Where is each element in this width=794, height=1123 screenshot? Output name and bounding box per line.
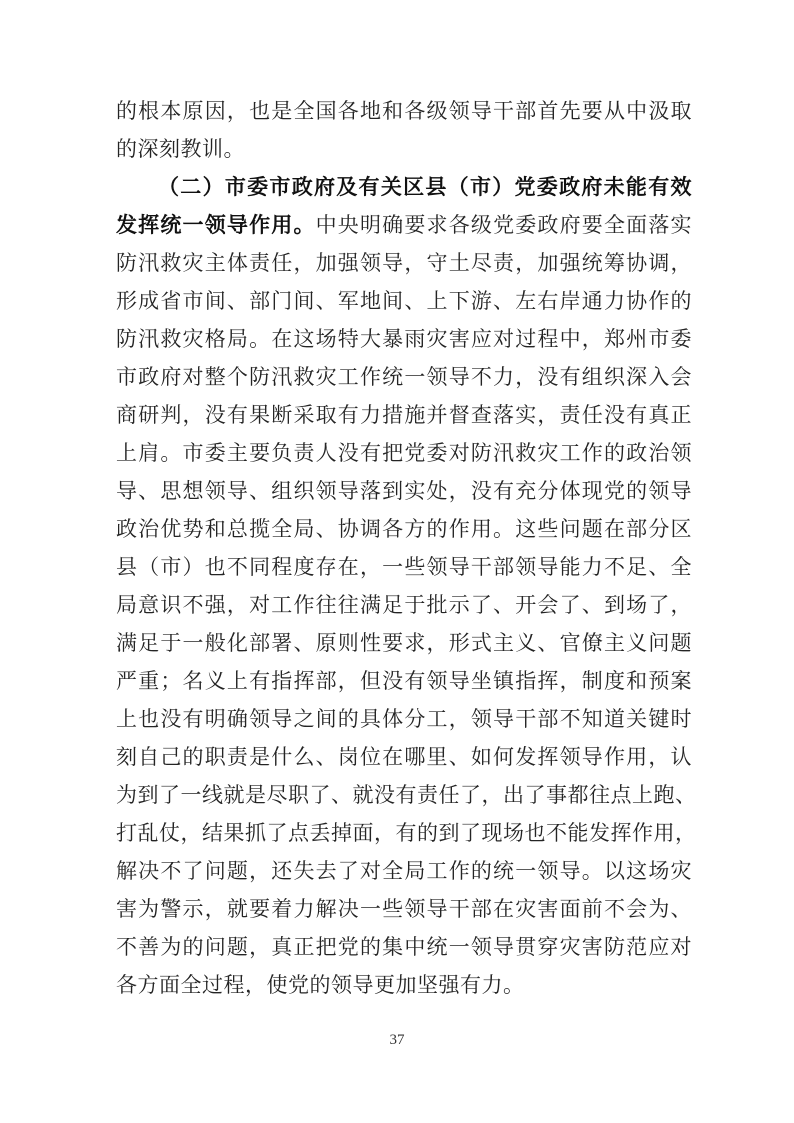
- text-run: 商研判，没有果断采取有力措施并督查落实，责任没有真正: [116, 403, 692, 427]
- text-run: 打乱仗，结果抓了点丢掉面，有的到了现场也不能发挥作用，: [116, 821, 697, 845]
- text-line: 刻自己的职责是什么、岗位在哪里、如何发挥领导作用，认: [116, 738, 692, 776]
- text-run: 防汛救灾主体责任，加强领导，守土尽责，加强统筹协调，: [116, 251, 692, 275]
- text-line: 害为警示，就要着力解决一些领导干部在灾害面前不会为、: [116, 890, 692, 928]
- text-run: 市政府对整个防汛救灾工作统一领导不力，没有组织深入会: [116, 365, 692, 389]
- text-line: 的根本原因，也是全国各地和各级领导干部首先要从中汲取: [116, 92, 692, 130]
- text-line: 严重；名义上有指挥部，但没有领导坐镇指挥，制度和预案: [116, 662, 692, 700]
- text-line: 市政府对整个防汛救灾工作统一领导不力，没有组织深入会: [116, 358, 692, 396]
- text-run: 县（市）也不同程度存在，一些领导干部领导能力不足、全: [116, 555, 692, 579]
- text-line: 政治优势和总揽全局、协调各方的作用。这些问题在部分区: [116, 510, 692, 548]
- text-run: 局意识不强，对工作往往满足于批示了、开会了、到场了，: [116, 593, 692, 617]
- text-line: 解决不了问题，还失去了对全局工作的统一领导。以这场灾: [116, 852, 692, 890]
- page-number: 37: [0, 1032, 794, 1049]
- text-run: 各方面全过程，使党的领导更加坚强有力。: [116, 973, 525, 997]
- text-line: （二）市委市政府及有关区县（市）党委政府未能有效: [116, 168, 692, 206]
- text-run: 严重；名义上有指挥部，但没有领导坐镇指挥，制度和预案: [116, 669, 692, 693]
- text-run: 政治优势和总揽全局、协调各方的作用。这些问题在部分区: [116, 517, 692, 541]
- text-line: 县（市）也不同程度存在，一些领导干部领导能力不足、全: [116, 548, 692, 586]
- text-line: 满足于一般化部署、原则性要求，形式主义、官僚主义问题: [116, 624, 692, 662]
- text-run: 为到了一线就是尽职了、就没有责任了，出了事都往点上跑、: [116, 783, 697, 807]
- text-line: 的深刻教训。: [116, 130, 692, 168]
- text-run: 导、思想领导、组织领导落到实处，没有充分体现党的领导: [116, 479, 692, 503]
- text-run: 刻自己的职责是什么、岗位在哪里、如何发挥领导作用，认: [116, 745, 692, 769]
- text-run: 形成省市间、部门间、军地间、上下游、左右岸通力协作的: [116, 289, 692, 313]
- text-line: 打乱仗，结果抓了点丢掉面，有的到了现场也不能发挥作用，: [116, 814, 692, 852]
- document-page: 的根本原因，也是全国各地和各级领导干部首先要从中汲取的深刻教训。（二）市委市政府…: [0, 0, 794, 1123]
- bold-text-run: 发挥统一领导作用。: [116, 213, 316, 237]
- text-run: 不善为的问题，真正把党的集中统一领导贯穿灾害防范应对: [116, 935, 692, 959]
- text-run: 中央明确要求各级党委政府要全面落实: [316, 213, 692, 237]
- text-line: 发挥统一领导作用。中央明确要求各级党委政府要全面落实: [116, 206, 692, 244]
- text-run: 害为警示，就要着力解决一些领导干部在灾害面前不会为、: [116, 897, 692, 921]
- text-run: 上也没有明确领导之间的具体分工，领导干部不知道关键时: [116, 707, 692, 731]
- text-line: 上肩。市委主要负责人没有把党委对防汛救灾工作的政治领: [116, 434, 692, 472]
- bold-text-run: （二）市委市政府及有关区县（市）党委政府未能有效: [158, 175, 692, 199]
- text-line: 防汛救灾主体责任，加强领导，守土尽责，加强统筹协调，: [116, 244, 692, 282]
- text-run: 的根本原因，也是全国各地和各级领导干部首先要从中汲取: [116, 99, 692, 123]
- text-line: 局意识不强，对工作往往满足于批示了、开会了、到场了，: [116, 586, 692, 624]
- text-line: 形成省市间、部门间、军地间、上下游、左右岸通力协作的: [116, 282, 692, 320]
- text-line: 各方面全过程，使党的领导更加坚强有力。: [116, 966, 692, 1004]
- text-line: 为到了一线就是尽职了、就没有责任了，出了事都往点上跑、: [116, 776, 692, 814]
- text-line: 导、思想领导、组织领导落到实处，没有充分体现党的领导: [116, 472, 692, 510]
- text-line: 不善为的问题，真正把党的集中统一领导贯穿灾害防范应对: [116, 928, 692, 966]
- text-run: 满足于一般化部署、原则性要求，形式主义、官僚主义问题: [116, 631, 692, 655]
- text-block: 的根本原因，也是全国各地和各级领导干部首先要从中汲取的深刻教训。（二）市委市政府…: [116, 92, 692, 1004]
- text-run: 的深刻教训。: [116, 137, 245, 161]
- text-line: 商研判，没有果断采取有力措施并督查落实，责任没有真正: [116, 396, 692, 434]
- text-run: 解决不了问题，还失去了对全局工作的统一领导。以这场灾: [116, 859, 692, 883]
- text-line: 上也没有明确领导之间的具体分工，领导干部不知道关键时: [116, 700, 692, 738]
- text-run: 上肩。市委主要负责人没有把党委对防汛救灾工作的政治领: [116, 441, 692, 465]
- text-line: 防汛救灾格局。在这场特大暴雨灾害应对过程中，郑州市委: [116, 320, 692, 358]
- text-run: 防汛救灾格局。在这场特大暴雨灾害应对过程中，郑州市委: [116, 327, 692, 351]
